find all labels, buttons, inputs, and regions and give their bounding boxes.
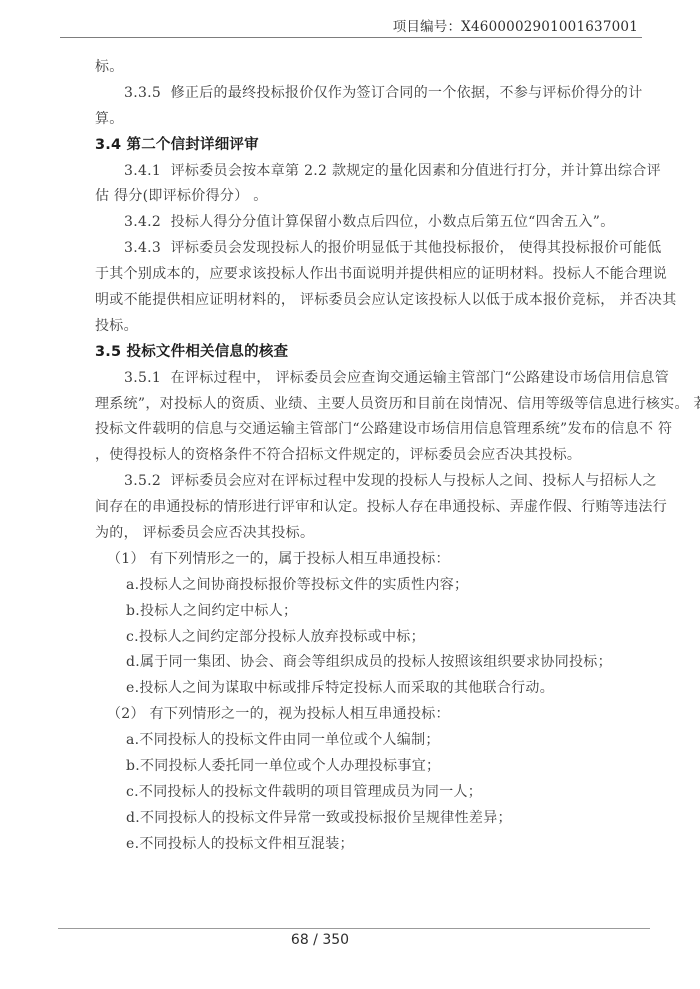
text-line: c.不同投标人的投标文件载明的项目管理成员为同一人； xyxy=(95,780,660,806)
text-line: （1） 有下列情形之一的，属于投标人相互串通投标： xyxy=(95,547,660,573)
text-line: 标。 xyxy=(95,55,660,81)
text-line: d.属于同一集团、协会、商会等组织成员的投标人按照该组织要求协同投标； xyxy=(95,650,660,676)
header-rule xyxy=(60,37,642,38)
text-line: 估 得分(即评标价得分） 。 xyxy=(95,184,660,210)
text-line: a.投标人之间协商投标报价等投标文件的实质性内容； xyxy=(95,573,660,599)
text-line: 3.5.2 评标委员会应对在评标过程中发现的投标人与投标人之间、投标人与招标人之 xyxy=(95,469,660,495)
text-line: b.不同投标人委托同一单位或个人办理投标事宜； xyxy=(95,754,660,780)
text-line: 投标。 xyxy=(95,314,660,340)
text-line: 明或不能提供相应证明材料的， 评标委员会应认定该投标人以低于成本报价竞标， 并否… xyxy=(95,288,660,314)
page-number: 68 / 350 xyxy=(0,932,640,948)
text-line: e.投标人之间为谋取中标或排斥特定投标人而采取的其他联合行动。 xyxy=(95,676,660,702)
section-heading: 3.4 第二个信封详细评审 xyxy=(95,133,660,159)
text-line: 3.4.2 投标人得分分值计算保留小数点后四位，小数点后第五位“四舍五入”。 xyxy=(95,210,660,236)
text-line: 为的， 评标委员会应否决其投标。 xyxy=(95,521,660,547)
text-line: e.不同投标人的投标文件相互混装； xyxy=(95,832,660,858)
document-page: 项目编号：X4600002901001637001 标。3.3.5 修正后的最终… xyxy=(0,0,700,989)
text-line: 3.5.1 在评标过程中， 评标委员会应查询交通运输主管部门“公路建设市场信用信… xyxy=(95,366,660,392)
text-line: ，使得投标人的资格条件不符合招标文件规定的，评标委员会应否决其投标。 xyxy=(95,443,660,469)
footer-rule xyxy=(58,928,650,929)
document-body: 标。3.3.5 修正后的最终投标报价仅作为签订合同的一个依据，不参与评标价得分的… xyxy=(95,55,660,858)
text-line: 3.3.5 修正后的最终投标报价仅作为签订合同的一个依据，不参与评标价得分的计 xyxy=(95,81,660,107)
text-line: 3.4.3 评标委员会发现投标人的报价明显低于其他投标报价， 使得其投标报价可能… xyxy=(95,236,660,262)
text-line: 算。 xyxy=(95,107,660,133)
text-line: 投标文件载明的信息与交通运输主管部门“公路建设市场信用信息管理系统”发布的信息不… xyxy=(95,417,660,443)
text-line: b.投标人之间约定中标人； xyxy=(95,599,660,625)
section-heading: 3.5 投标文件相关信息的核查 xyxy=(95,340,660,366)
text-line: 3.4.1 评标委员会按本章第 2.2 款规定的量化因素和分值进行打分，并计算出… xyxy=(95,159,660,185)
project-number: 项目编号：X4600002901001637001 xyxy=(60,19,638,36)
text-line: a.不同投标人的投标文件由同一单位或个人编制； xyxy=(95,728,660,754)
text-line: （2） 有下列情形之一的，视为投标人相互串通投标： xyxy=(95,702,660,728)
text-line: 于其个别成本的，应要求该投标人作出书面说明并提供相应的证明材料。投标人不能合理说 xyxy=(95,262,660,288)
text-line: d.不同投标人的投标文件异常一致或投标报价呈规律性差异； xyxy=(95,806,660,832)
text-line: 理系统”，对投标人的资质、业绩、主要人员资历和目前在岗情况、信用等级等信息进行核… xyxy=(95,392,660,418)
text-line: 间存在的串通投标的情形进行评审和认定。投标人存在串通投标、弄虚作假、行贿等违法行 xyxy=(95,495,660,521)
text-line: c.投标人之间约定部分投标人放弃投标或中标； xyxy=(95,625,660,651)
